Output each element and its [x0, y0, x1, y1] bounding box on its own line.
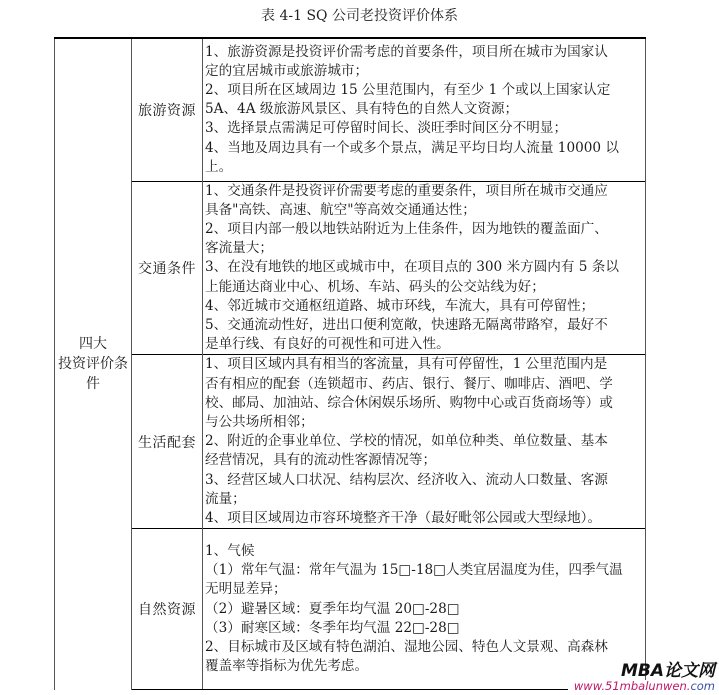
description-line: 上。 [205, 158, 643, 177]
description-line: 经营情况，具有的流动性客源情况等； [205, 451, 643, 470]
description-line: 1、气候 [205, 542, 643, 561]
table-row-transport: 交通条件 1、交通条件是投资评价需要考虑的重要条件，项目所在城市交通应 具备"高… [55, 181, 646, 355]
group-label-line: 四大 [55, 334, 131, 354]
description-line: 1、交通条件是投资评价需要考虑的重要条件，项目所在城市交通应 [205, 182, 643, 201]
description-line: 1、旅游资源是投资评价需考虑的首要条件，项目所在城市为国家认 [205, 43, 643, 62]
description-line: 5、交通流动性好，进出口便利宽敞，快速路无隔离带路窄，最好不 [205, 316, 643, 335]
factor-description: 1、项目区域内具有相当的客流量，具有可停留性，1 公里范围内是 否有相应的配套（… [203, 355, 646, 529]
group-label-cell: 四大 投资评价条 件 [55, 38, 132, 690]
site-watermark: MBA论文网 www.51mbalunwen.com [568, 662, 715, 693]
group-label-line: 件 [55, 374, 131, 394]
factor-label: 自然资源 [132, 529, 203, 690]
table-row-living-amenities: 生活配套 1、项目区域内具有相当的客流量，具有可停留性，1 公里范围内是 否有相… [55, 355, 646, 529]
description-line: 3、选择景点需满足可停留时间长、淡旺季时间区分不明显； [205, 119, 643, 138]
description-line: 3、在没有地铁的地区或城市中，在项目点的 300 米方圆内有 5 条以 [205, 258, 643, 277]
factor-description: 1、交通条件是投资评价需要考虑的重要条件，项目所在城市交通应 具备"高铁、高速、… [203, 181, 646, 355]
description-line: 无明显差异； [205, 580, 643, 599]
description-line: 2、附近的企事业单位、学校的情况，如单位种类、单位数量、基本 [205, 432, 643, 451]
watermark-title: MBA论文网 [568, 662, 715, 680]
watermark-url: www.51mbalunwen.com [568, 680, 715, 693]
description-line: 2、目标城市及区域有特色湖泊、湿地公园、特色人文景观、高森林 [205, 638, 643, 657]
description-line: 校、邮局、加油站、综合休闲娱乐场所、购物中心或百货商场等）或 [205, 394, 643, 413]
factor-description: 1、旅游资源是投资评价需考虑的首要条件，项目所在城市为国家认 定的宜居城市或旅游… [203, 38, 646, 181]
description-line: 5A、4A 级旅游风景区、具有特色的自然人文资源； [205, 100, 643, 119]
table-caption: 表 4-1 SQ 公司老投资评价体系 [0, 6, 719, 26]
investment-evaluation-table: 四大 投资评价条 件 旅游资源 1、旅游资源是投资评价需考虑的首要条件，项目所在… [54, 37, 646, 690]
description-line: 1、项目区域内具有相当的客流量，具有可停留性，1 公里范围内是 [205, 355, 643, 374]
description-line: （1）常年气温：常年气温为 15□-18□人类宜居温度为佳，四季气温 [205, 561, 643, 580]
description-line: 2、项目所在区域周边 15 公里范围内，有至少 1 个或以上国家认定 [205, 81, 643, 100]
description-line: 具备"高铁、高速、航空"等高效交通通达性； [205, 201, 643, 220]
description-line: （3）耐寒区域：冬季年均气温 22□-28□ [205, 619, 643, 638]
description-line: 与公共场所相邻； [205, 413, 643, 432]
factor-label: 旅游资源 [132, 38, 203, 181]
table-row-tourism: 四大 投资评价条 件 旅游资源 1、旅游资源是投资评价需考虑的首要条件，项目所在… [55, 38, 646, 181]
factor-label: 交通条件 [132, 181, 203, 355]
description-line: 4、项目区域周边市容环境整齐干净（最好毗邻公园或大型绿地）。 [205, 509, 643, 528]
description-line: 2、项目内部一般以地铁站附近为上佳条件，因为地铁的覆盖面广、 [205, 220, 643, 239]
description-line: 3、经营区域人口状况、结构层次、经济收入、流动人口数量、客源 [205, 471, 643, 490]
description-line: 上能通达商业中心、机场、车站、码头的公交站线为好； [205, 278, 643, 297]
description-line: （2）避暑区域：夏季年均气温 20□-28□ [205, 600, 643, 619]
watermark-url-prefix: www.51mbalunwen. [574, 679, 691, 693]
description-line: 4、邻近城市交通枢纽道路、城市环线，车流大，具有可停留性； [205, 297, 643, 316]
group-label-line: 投资评价条 [55, 354, 131, 374]
table-row-natural-resources: 自然资源 1、气候 （1）常年气温：常年气温为 15□-18□人类宜居温度为佳，… [55, 529, 646, 690]
description-line: 定的宜居城市或旅游城市； [205, 62, 643, 81]
description-line: 否有相应的配套（连锁超市、药店、银行、餐厅、咖啡店、酒吧、学 [205, 375, 643, 394]
factor-label: 生活配套 [132, 355, 203, 529]
description-line: 流量； [205, 490, 643, 509]
description-line: 客流量大； [205, 239, 643, 258]
description-line: 是单行线、有良好的可视性和可进入性。 [205, 335, 643, 354]
watermark-url-suffix: com [690, 679, 715, 693]
description-line: 4、当地及周边具有一个或多个景点，满足平均日均人流量 10000 以 [205, 139, 643, 158]
